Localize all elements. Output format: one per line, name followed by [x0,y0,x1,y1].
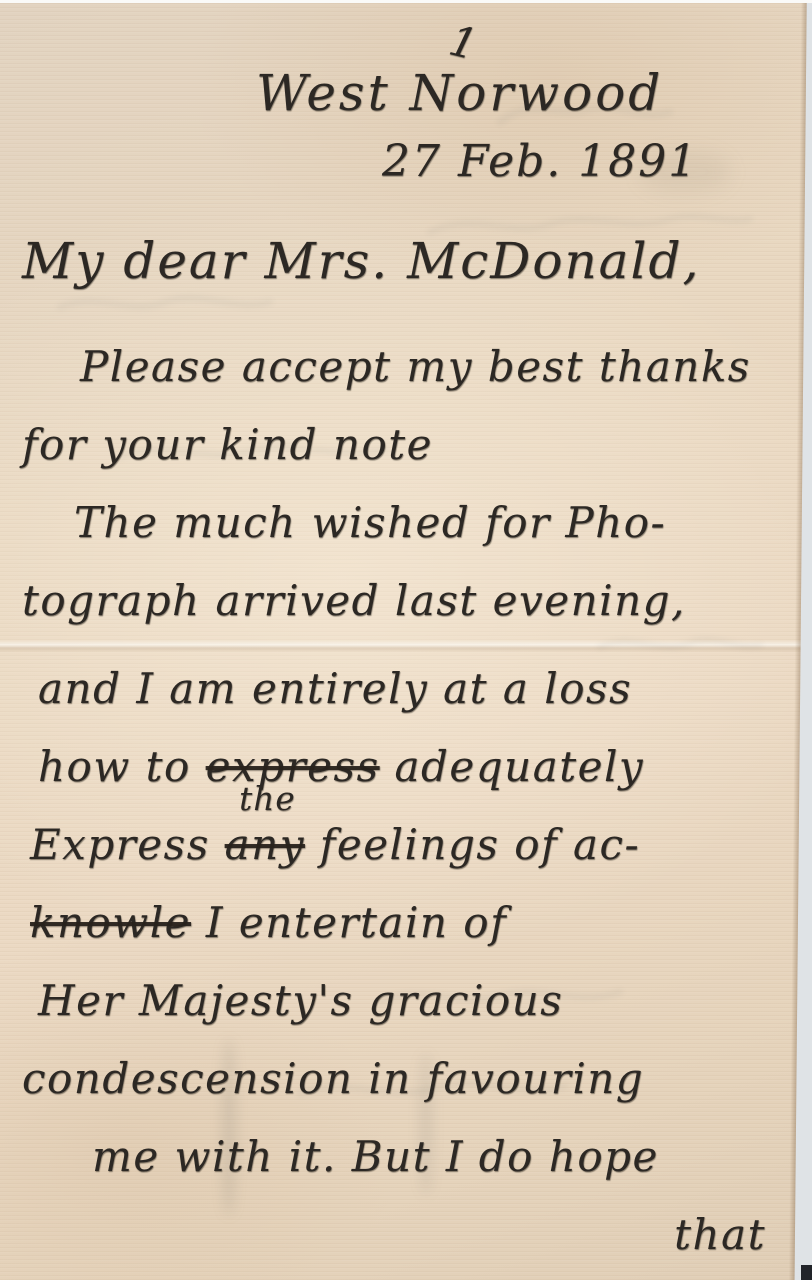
text-segment: Express [30,820,225,869]
text-segment: I entertain of [191,898,507,947]
inserted-word: the [239,783,296,816]
text-segment: for your kind note [22,420,433,469]
text-segment: Please accept my best thanks [80,342,751,391]
letter-place: West Norwood [256,64,663,122]
letter-line: Her Majesty's gracious [22,962,792,1040]
letter-body: Please accept my best thanksfor your kin… [22,328,792,1274]
text-segment: The much wished for Pho- [74,498,666,547]
letter-line: The much wished for Pho- [22,484,792,562]
struck-word: knowle [30,898,191,947]
letter-line: Express theany feelings of ac- [22,806,792,884]
letter-line: me with it. But I do hope [22,1118,792,1196]
letter-line: tograph arrived last evening, [22,562,792,640]
text-segment: that [674,1210,766,1259]
letter-line: Please accept my best thanks [22,328,792,406]
letter-salutation: My dear Mrs. McDonald, [22,232,700,290]
scan-corner-notch [801,1265,812,1280]
scan-background-top [0,0,812,3]
text-segment: and I am entirely at a loss [38,664,632,713]
letter-date: 27 Feb. 1891 [382,136,698,187]
letter-line: and I am entirely at a loss [22,650,792,728]
letter-line: for your kind note [22,406,792,484]
text-segment: Her Majesty's gracious [38,976,563,1025]
text-segment: feelings of ac- [305,820,640,869]
correction-group: theany [225,806,305,884]
letter-line: knowle I entertain of [22,884,792,962]
letter-line: how to express adequately [22,728,792,806]
text-segment: condescension in favouring [22,1054,644,1103]
letter-line: condescension in favouring [22,1040,792,1118]
text-segment: how to [38,742,206,791]
letter-line: that [22,1196,792,1274]
letter-page: 1 West Norwood 27 Feb. 1891 My dear Mrs.… [0,2,812,1280]
text-segment: tograph arrived last evening, [22,576,686,625]
text-segment: me with it. But I do hope [92,1132,659,1181]
struck-word: any [225,820,305,869]
text-segment: adequately [380,742,645,791]
